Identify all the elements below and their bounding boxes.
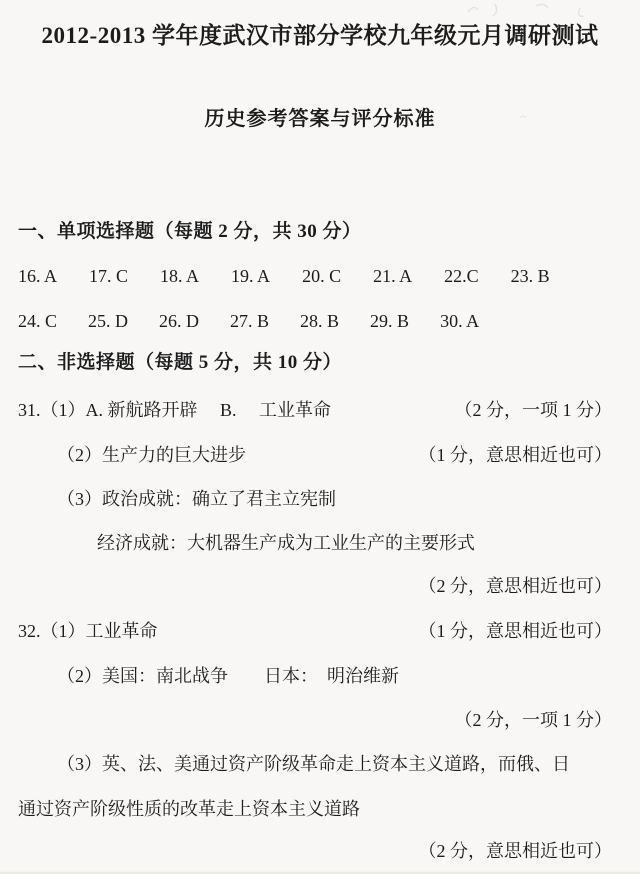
mcq-answer-28: 28. B bbox=[300, 310, 339, 333]
q31-part1-answer: 31.（1）A. 新航路开辟 B. 工业革命 bbox=[18, 399, 331, 422]
section-mcq-heading: 一、单项选择题（每题 2 分，共 30 分） bbox=[18, 220, 612, 244]
mcq-answer-20: 20. C bbox=[302, 265, 341, 288]
q32-part3-answer-line1: （3）英、法、美通过资产阶级革命走上资本主义道路，而俄、日 bbox=[18, 753, 612, 776]
mcq-answers-row-2: 24. C 25. D 26. D 27. B 28. B 29. B 30. … bbox=[18, 310, 612, 333]
q31-part1-score: （2 分，一项 1 分） bbox=[455, 399, 613, 422]
q31-part2-answer: （2）生产力的巨大进步 bbox=[18, 444, 246, 467]
q32-part3-answer-line2: 通过资产阶级性质的改革走上资本主义道路 bbox=[18, 798, 612, 821]
q32-part2-answer: （2）美国：南北战争 日本： 明治维新 bbox=[18, 665, 612, 688]
mcq-answer-27: 27. B bbox=[230, 310, 269, 333]
mcq-answer-21: 21. A bbox=[373, 265, 412, 288]
q31-part1-line: 31.（1）A. 新航路开辟 B. 工业革命 （2 分，一项 1 分） bbox=[18, 399, 612, 422]
scanned-answer-sheet: 2012-2013 学年度武汉市部分学校九年级元月调研测试 历史参考答案与评分标… bbox=[0, 0, 640, 874]
q31-part2-line: （2）生产力的巨大进步 （1 分，意思相近也可） bbox=[18, 444, 612, 467]
q32-part1-line: 32.（1）工业革命 （1 分，意思相近也可） bbox=[18, 620, 612, 643]
q31-part3-economic-answer: 经济成就：大机器生产成为工业生产的主要形式 bbox=[18, 532, 612, 555]
q31-part3-political-answer: （3）政治成就：确立了君主立宪制 bbox=[18, 488, 612, 511]
mcq-answer-30: 30. A bbox=[440, 310, 479, 333]
mcq-answer-25: 25. D bbox=[88, 310, 128, 333]
mcq-answer-19: 19. A bbox=[231, 265, 270, 288]
section-essay-heading: 二、非选择题（每题 5 分，共 10 分） bbox=[18, 351, 612, 375]
mcq-answer-18: 18. A bbox=[160, 265, 199, 288]
mcq-answer-17: 17. C bbox=[89, 265, 128, 288]
mcq-answer-26: 26. D bbox=[159, 310, 199, 333]
q32-part1-score: （1 分，意思相近也可） bbox=[419, 620, 613, 643]
page-title: 2012-2013 学年度武汉市部分学校九年级元月调研测试 bbox=[0, 22, 640, 51]
mcq-answer-16: 16. A bbox=[18, 265, 57, 288]
mcq-answers-row-1: 16. A 17. C 18. A 19. A 20. C 21. A 22.C… bbox=[18, 265, 612, 288]
mcq-answer-23: 23. B bbox=[511, 265, 550, 288]
mcq-answer-29: 29. B bbox=[370, 310, 409, 333]
mcq-answer-24: 24. C bbox=[18, 310, 57, 333]
q32-part2-score: （2 分，一项 1 分） bbox=[18, 709, 612, 732]
q31-part2-score: （1 分，意思相近也可） bbox=[419, 444, 613, 467]
q32-part1-answer: 32.（1）工业革命 bbox=[18, 620, 158, 643]
page-subtitle: 历史参考答案与评分标准 bbox=[0, 107, 640, 132]
q31-part3-score: （2 分，意思相近也可） bbox=[18, 575, 612, 598]
mcq-answer-22: 22.C bbox=[444, 265, 479, 288]
q32-part3-score: （2 分，意思相近也可） bbox=[18, 840, 612, 863]
